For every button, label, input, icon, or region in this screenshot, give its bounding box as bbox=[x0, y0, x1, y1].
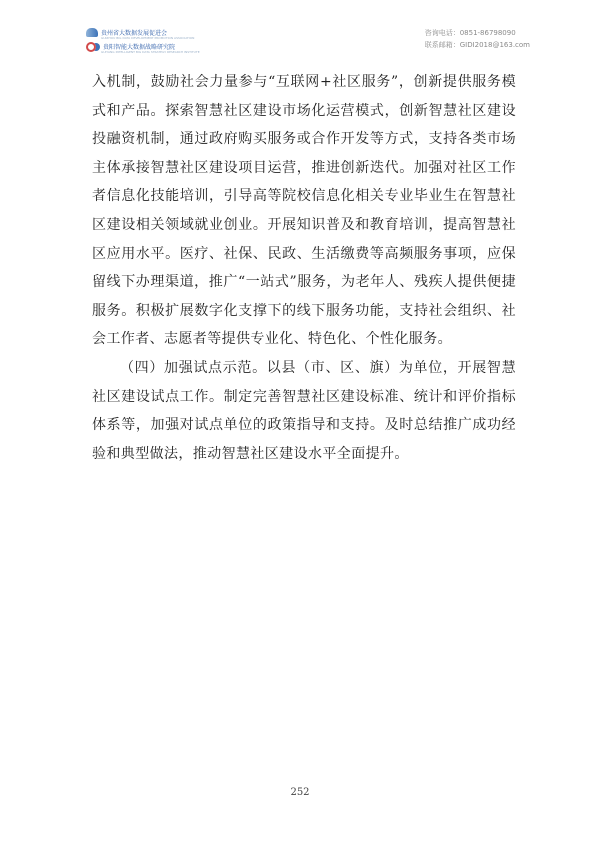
phone-label: 咨询电话： bbox=[425, 29, 460, 37]
organization-logos: 贵州省大数据发展促进会 GUIZHOU BIG DATA DEVELOPMENT… bbox=[86, 26, 206, 54]
association-logo-icon bbox=[86, 28, 98, 37]
phone-line: 咨询电话：0851-86798090 bbox=[425, 27, 530, 39]
paragraph-continuation: 入机制，鼓励社会力量参与“互联网+社区服务”，创新提供服务模式和产品。探索智慧社… bbox=[92, 68, 516, 354]
document-body: 入机制，鼓励社会力量参与“互联网+社区服务”，创新提供服务模式和产品。探索智慧社… bbox=[92, 68, 516, 468]
email-address: GIDI2018@163.com bbox=[460, 41, 530, 49]
institute-logo-icon bbox=[86, 42, 96, 52]
page-number: 252 bbox=[0, 787, 600, 798]
phone-number: 0851-86798090 bbox=[460, 29, 516, 37]
page-header: 贵州省大数据发展促进会 GUIZHOU BIG DATA DEVELOPMENT… bbox=[86, 26, 530, 56]
section-heading: （四）加强试点示范。 bbox=[120, 360, 267, 376]
association-english-name: GUIZHOU BIG DATA DEVELOPMENT PROMOTION A… bbox=[101, 36, 206, 40]
email-label: 联系邮箱： bbox=[425, 41, 460, 49]
email-line: 联系邮箱：GIDI2018@163.com bbox=[425, 39, 530, 51]
institute-english-name: GUIYANG INTELLIGENT BIG DATA STRATEGY RE… bbox=[101, 50, 206, 54]
paragraph-pilot-demonstration: （四）加强试点示范。以县（市、区、旗）为单位，开展智慧社区建设试点工作。制定完善… bbox=[92, 354, 516, 468]
contact-info: 咨询电话：0851-86798090 联系邮箱：GIDI2018@163.com bbox=[425, 27, 530, 51]
